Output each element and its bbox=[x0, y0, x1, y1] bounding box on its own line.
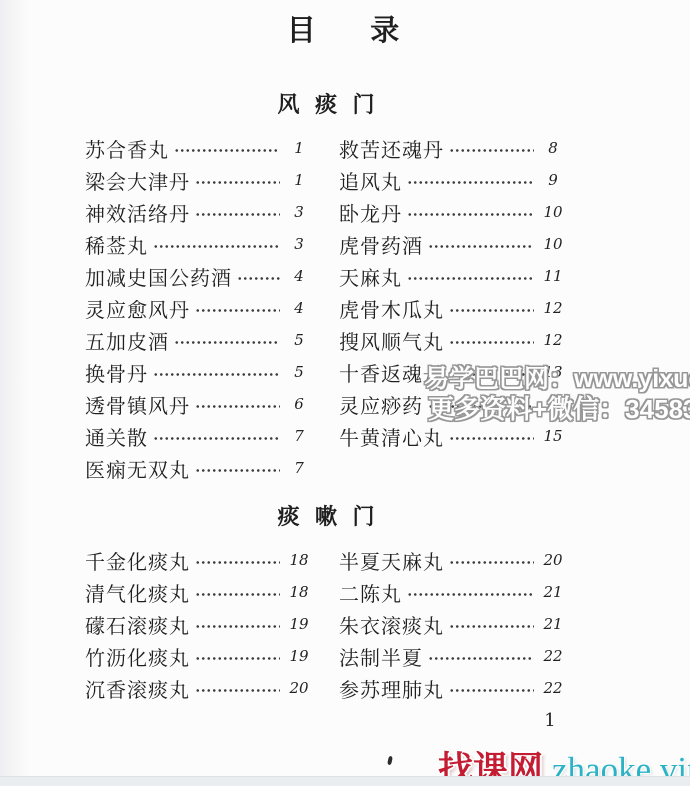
dot-leader bbox=[195, 308, 280, 313]
dot-leader bbox=[195, 656, 280, 661]
toc-entry-row: 朱衣滚痰丸 21 bbox=[339, 608, 567, 640]
dot-leader bbox=[449, 436, 534, 441]
entry-page-number: 4 bbox=[285, 299, 313, 317]
entry-page-number: 6 bbox=[285, 395, 313, 413]
page-edge-strip bbox=[0, 776, 690, 786]
dot-leader bbox=[449, 340, 534, 345]
dot-leader bbox=[449, 624, 534, 629]
dot-leader bbox=[237, 276, 280, 281]
toc-page: 目 录 风 痰 门 苏合香丸 1 梁会大津丹 1 神效活络丹 3 稀莶丸 3 加… bbox=[0, 0, 690, 786]
dot-leader bbox=[195, 688, 280, 693]
entry-title: 沉香滚痰丸 bbox=[85, 674, 190, 703]
section-columns: 千金化痰丸 18 清气化痰丸 18 礞石滚痰丸 19 竹沥化痰丸 19 沉香滚痰… bbox=[85, 544, 567, 704]
entry-title: 加减史国公药酒 bbox=[85, 262, 232, 291]
toc-entry-row: 加减史国公药酒 4 bbox=[85, 260, 313, 292]
folio-page-number: 1 bbox=[540, 710, 560, 731]
toc-entry-row: 神效活络丹 3 bbox=[85, 196, 313, 228]
entry-title: 礞石滚痰丸 bbox=[85, 610, 190, 639]
dot-leader bbox=[428, 244, 534, 249]
entry-page-number: 15 bbox=[539, 427, 567, 445]
entry-page-number: 9 bbox=[539, 171, 567, 189]
entry-page-number: 7 bbox=[285, 427, 313, 445]
dot-leader bbox=[174, 148, 280, 153]
entry-title: 救苦还魂丹 bbox=[339, 134, 444, 163]
entry-page-number: 18 bbox=[285, 583, 313, 601]
entry-page-number: 7 bbox=[285, 459, 313, 477]
watermark-yixue: 易学巴巴网：www.yixue88.cn 更多资料+微信：3458344044 bbox=[424, 364, 690, 425]
column-right: 半夏天麻丸 20 二陈丸 21 朱衣滚痰丸 21 法制半夏 22 参苏理肺丸 2… bbox=[339, 544, 567, 704]
dot-leader bbox=[407, 212, 534, 217]
entry-page-number: 19 bbox=[285, 615, 313, 633]
entry-title: 二陈丸 bbox=[339, 578, 402, 607]
toc-entry-row: 苏合香丸 1 bbox=[85, 132, 313, 164]
dot-leader bbox=[195, 180, 280, 185]
column-right: 救苦还魂丹 8 追风丸 9 卧龙丹 10 虎骨药酒 10 天麻丸 11 虎骨木瓜… bbox=[339, 132, 567, 484]
entry-title: 朱衣滚痰丸 bbox=[339, 610, 444, 639]
entry-title: 透骨镇风丹 bbox=[85, 390, 190, 419]
entry-title: 灵应愈风丹 bbox=[85, 294, 190, 323]
entry-title: 虎骨木瓜丸 bbox=[339, 294, 444, 323]
dot-leader bbox=[407, 180, 534, 185]
toc-entry-row: 天麻丸 11 bbox=[339, 260, 567, 292]
entry-title: 卧龙丹 bbox=[339, 198, 402, 227]
entry-page-number: 10 bbox=[539, 235, 567, 253]
page-title: 目 录 bbox=[0, 0, 690, 48]
dot-leader bbox=[449, 688, 534, 693]
entry-title: 换骨丹 bbox=[85, 358, 148, 387]
dot-leader bbox=[195, 624, 280, 629]
entry-page-number: 8 bbox=[539, 139, 567, 157]
toc-section: 风 痰 门 苏合香丸 1 梁会大津丹 1 神效活络丹 3 稀莶丸 3 加减史国公… bbox=[85, 92, 567, 484]
toc-entry-row: 千金化痰丸 18 bbox=[85, 544, 313, 576]
entry-page-number: 5 bbox=[285, 331, 313, 349]
toc-entry-row: 礞石滚痰丸 19 bbox=[85, 608, 313, 640]
entry-page-number: 22 bbox=[539, 647, 567, 665]
entry-page-number: 20 bbox=[285, 679, 313, 697]
section-heading: 痰 嗽 门 bbox=[85, 504, 567, 530]
dot-leader bbox=[428, 656, 534, 661]
toc-section: 痰 嗽 门 千金化痰丸 18 清气化痰丸 18 礞石滚痰丸 19 竹沥化痰丸 1… bbox=[85, 504, 567, 704]
toc-entry-row: 灵应愈风丹 4 bbox=[85, 292, 313, 324]
entry-title: 参苏理肺丸 bbox=[339, 674, 444, 703]
entry-page-number: 12 bbox=[539, 331, 567, 349]
entry-title: 法制半夏 bbox=[339, 642, 423, 671]
entry-title: 医痫无双丸 bbox=[85, 454, 190, 483]
toc-entry-row: 通关散 7 bbox=[85, 420, 313, 452]
dot-leader bbox=[449, 560, 534, 565]
entry-page-number: 11 bbox=[539, 267, 567, 285]
entry-title: 虎骨药酒 bbox=[339, 230, 423, 259]
entry-page-number: 1 bbox=[285, 139, 313, 157]
toc-entry-row: 清气化痰丸 18 bbox=[85, 576, 313, 608]
dot-leader bbox=[449, 148, 534, 153]
watermark-yixue-line2: 更多资料+微信：3458344044 bbox=[428, 394, 690, 425]
watermark-yixue-line1: 易学巴巴网：www.yixue88.cn bbox=[424, 364, 690, 394]
toc-entry-row: 参苏理肺丸 22 bbox=[339, 672, 567, 704]
dot-leader bbox=[195, 212, 280, 217]
dot-leader bbox=[195, 560, 280, 565]
dot-leader bbox=[153, 244, 280, 249]
entry-page-number: 3 bbox=[285, 203, 313, 221]
dot-leader bbox=[195, 404, 280, 409]
toc-entry-row: 追风丸 9 bbox=[339, 164, 567, 196]
entry-title: 神效活络丹 bbox=[85, 198, 190, 227]
entry-title: 苏合香丸 bbox=[85, 134, 169, 163]
toc-entry-row: 卧龙丹 10 bbox=[339, 196, 567, 228]
dot-leader bbox=[195, 468, 280, 473]
entry-page-number: 21 bbox=[539, 615, 567, 633]
toc-entry-row: 换骨丹 5 bbox=[85, 356, 313, 388]
column-left: 苏合香丸 1 梁会大津丹 1 神效活络丹 3 稀莶丸 3 加减史国公药酒 4 灵… bbox=[85, 132, 313, 484]
entry-title: 半夏天麻丸 bbox=[339, 546, 444, 575]
toc-entry-row: 搜风顺气丸 12 bbox=[339, 324, 567, 356]
section-heading: 风 痰 门 bbox=[85, 92, 567, 118]
toc-entry-row: 二陈丸 21 bbox=[339, 576, 567, 608]
entry-page-number: 22 bbox=[539, 679, 567, 697]
dot-leader bbox=[407, 276, 534, 281]
toc-entry-row: 虎骨木瓜丸 12 bbox=[339, 292, 567, 324]
entry-title: 竹沥化痰丸 bbox=[85, 642, 190, 671]
entry-page-number: 3 bbox=[285, 235, 313, 253]
toc-entry-row: 稀莶丸 3 bbox=[85, 228, 313, 260]
entry-title: 稀莶丸 bbox=[85, 230, 148, 259]
entry-page-number: 4 bbox=[285, 267, 313, 285]
entry-page-number: 21 bbox=[539, 583, 567, 601]
toc-entry-row: 五加皮酒 5 bbox=[85, 324, 313, 356]
dot-leader bbox=[174, 340, 280, 345]
entry-page-number: 1 bbox=[285, 171, 313, 189]
entry-title: 灵应痧药 bbox=[339, 390, 423, 419]
dot-leader bbox=[153, 436, 280, 441]
entry-title: 五加皮酒 bbox=[85, 326, 169, 355]
toc-entry-row: 医痫无双丸 7 bbox=[85, 452, 313, 484]
entry-title: 梁会大津丹 bbox=[85, 166, 190, 195]
entry-page-number: 5 bbox=[285, 363, 313, 381]
column-left: 千金化痰丸 18 清气化痰丸 18 礞石滚痰丸 19 竹沥化痰丸 19 沉香滚痰… bbox=[85, 544, 313, 704]
entry-page-number: 19 bbox=[285, 647, 313, 665]
entry-title: 千金化痰丸 bbox=[85, 546, 190, 575]
toc-entry-row: 透骨镇风丹 6 bbox=[85, 388, 313, 420]
dot-leader bbox=[407, 592, 534, 597]
toc-entry-row: 半夏天麻丸 20 bbox=[339, 544, 567, 576]
toc-entry-row: 竹沥化痰丸 19 bbox=[85, 640, 313, 672]
dot-leader bbox=[153, 372, 280, 377]
toc-entry-row: 沉香滚痰丸 20 bbox=[85, 672, 313, 704]
dot-leader bbox=[195, 592, 280, 597]
entry-page-number: 18 bbox=[285, 551, 313, 569]
entry-title: 清气化痰丸 bbox=[85, 578, 190, 607]
toc-entry-row: 梁会大津丹 1 bbox=[85, 164, 313, 196]
entry-page-number: 12 bbox=[539, 299, 567, 317]
entry-page-number: 10 bbox=[539, 203, 567, 221]
dot-leader bbox=[449, 308, 534, 313]
entry-title: 搜风顺气丸 bbox=[339, 326, 444, 355]
entry-page-number: 20 bbox=[539, 551, 567, 569]
entry-title: 追风丸 bbox=[339, 166, 402, 195]
entry-title: 通关散 bbox=[85, 422, 148, 451]
section-columns: 苏合香丸 1 梁会大津丹 1 神效活络丹 3 稀莶丸 3 加减史国公药酒 4 灵… bbox=[85, 132, 567, 484]
entry-title: 天麻丸 bbox=[339, 262, 402, 291]
toc-entry-row: 救苦还魂丹 8 bbox=[339, 132, 567, 164]
scan-speck bbox=[387, 756, 393, 766]
toc-entry-row: 虎骨药酒 10 bbox=[339, 228, 567, 260]
entry-title: 牛黄清心丸 bbox=[339, 422, 444, 451]
toc-entry-row: 法制半夏 22 bbox=[339, 640, 567, 672]
